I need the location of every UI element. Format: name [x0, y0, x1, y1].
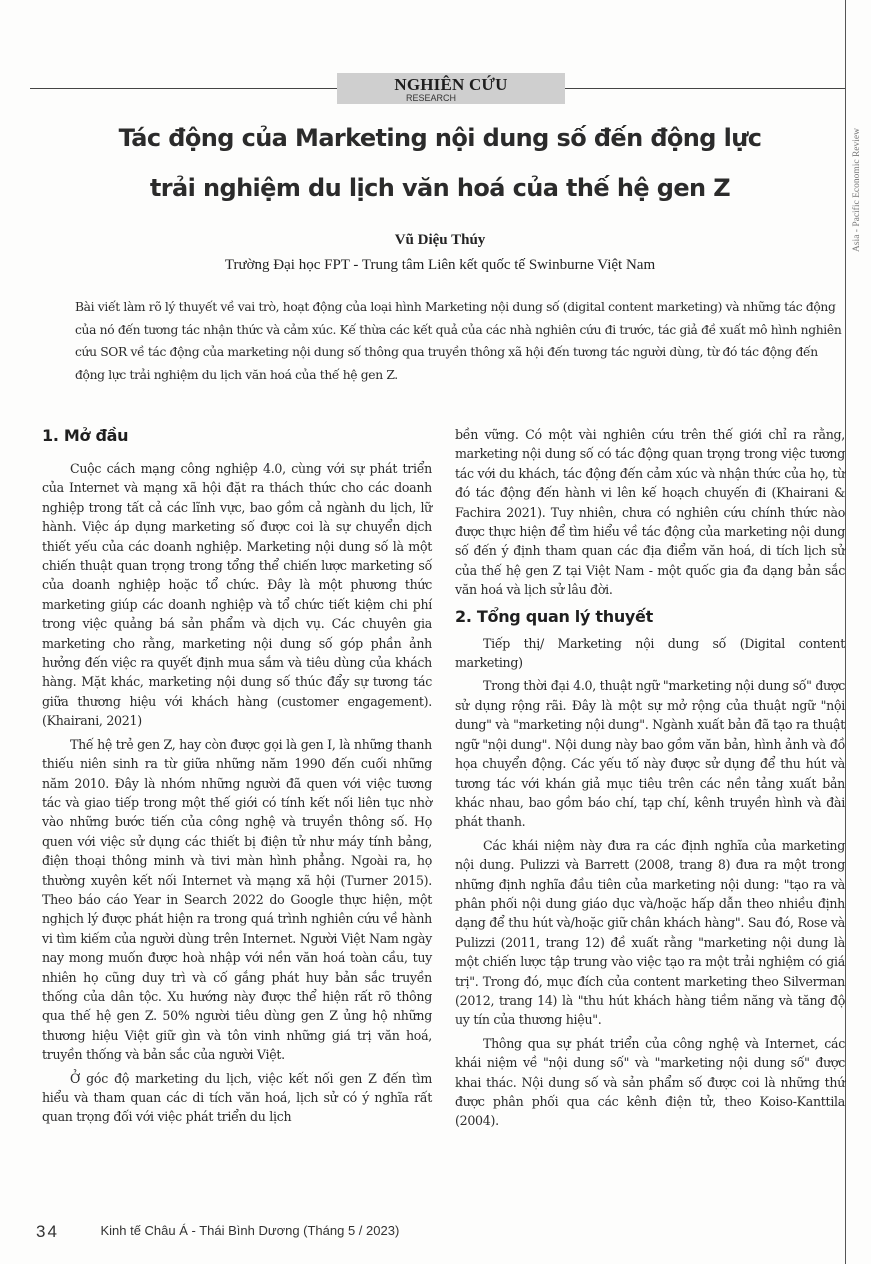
paragraph: Ở góc độ marketing du lịch, việc kết nối… — [42, 1069, 432, 1127]
header-rule-left — [30, 88, 337, 89]
section-header-band: NGHIÊN CỨU RESEARCH — [337, 73, 565, 104]
journal-page: Asia - Pacific Economic Review NGHIÊN CỨ… — [0, 0, 871, 1264]
section-title: NGHIÊN CỨU — [337, 76, 565, 93]
article-title-line-2: trải nghiệm du lịch văn hoá của thế hệ g… — [40, 174, 840, 202]
section-heading-literature: 2. Tổng quan lý thuyết — [455, 606, 845, 628]
author-affiliation: Trường Đại học FPT - Trung tâm Liên kết … — [40, 257, 840, 274]
author-name: Vũ Diệu Thúy — [40, 232, 840, 249]
right-margin-rule — [845, 0, 846, 1264]
paragraph: Các khái niệm này đưa ra các định nghĩa … — [455, 836, 845, 1030]
section-subtitle: RESEARCH — [297, 93, 565, 103]
subheading-paragraph: Tiếp thị/ Marketing nội dung số (Digital… — [455, 634, 845, 673]
header-rule-right — [565, 88, 845, 89]
paragraph: Trong thời đại 4.0, thuật ngữ "marketing… — [455, 676, 845, 831]
paragraph-continuation: bền vững. Có một vài nghiên cứu trên thế… — [455, 425, 845, 600]
article-title-line-1: Tác động của Marketing nội dung số đến đ… — [40, 124, 840, 152]
page-footer: 34 Kinh tế Châu Á - Thái Bình Dương (Thá… — [36, 1222, 399, 1242]
paragraph: Thế hệ trẻ gen Z, hay còn được gọi là ge… — [42, 735, 432, 1065]
page-number: 34 — [36, 1222, 96, 1242]
abstract: Bài viết làm rõ lý thuyết về vai trò, ho… — [75, 296, 843, 386]
left-column: 1. Mở đầu Cuộc cách mạng công nghiệp 4.0… — [42, 425, 432, 1131]
right-column: bền vững. Có một vài nghiên cứu trên thế… — [455, 425, 845, 1135]
paragraph: Cuộc cách mạng công nghiệp 4.0, cùng với… — [42, 459, 432, 731]
abstract-text: Bài viết làm rõ lý thuyết về vai trò, ho… — [75, 300, 841, 382]
paragraph: Thông qua sự phát triển của công nghệ và… — [455, 1034, 845, 1131]
section-heading-intro: 1. Mở đầu — [42, 425, 432, 447]
journal-side-label: Asia - Pacific Economic Review — [852, 100, 866, 280]
journal-name: Kinh tế Châu Á - Thái Bình Dương (Tháng … — [100, 1223, 399, 1238]
